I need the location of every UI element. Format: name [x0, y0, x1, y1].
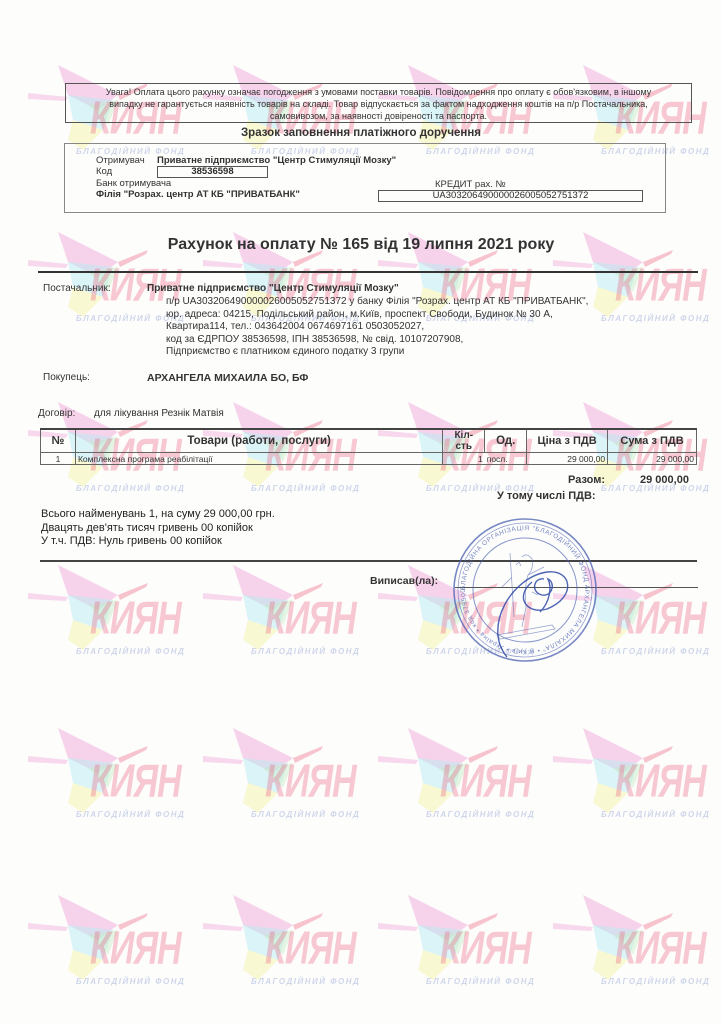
organization-stamp: БЛАГОДІЙНА ОРГАНІЗАЦІЯ "БЛАГОДІЙНИЙ ФОНД… [452, 517, 598, 663]
recipient-value-text: Приватне підприємство "Центр Стимуляції … [157, 155, 396, 166]
total-label: Разом: [568, 474, 605, 486]
col-header-number: № [41, 429, 76, 453]
bank-value: Філія "Розрах. центр АТ КБ "ПРИВАТБАНК" [96, 189, 300, 200]
cell-goods: Комплексна програма реабілітації [75, 453, 442, 465]
cell-sum: 29 000,00 [608, 453, 697, 465]
table-header-row: № Товари (работи, послуги) Кіл-сть Од. Ц… [41, 429, 697, 453]
buyer-name: АРХАНГЕЛА МИХАИЛА БО, БФ [147, 372, 308, 384]
supplier-label: Постачальник: [43, 283, 111, 294]
credit-label: КРЕДИТ рах. № [435, 179, 506, 190]
vat-label: У тому числі ПДВ: [497, 490, 596, 502]
invoice-title: Рахунок на оплату № 165 від 19 липня 202… [0, 236, 722, 254]
code-field: 38536598 [157, 166, 268, 178]
title-divider [38, 271, 698, 273]
recipient-value: Приватне підприємство "Центр Стимуляції … [157, 155, 396, 166]
supplier-account: п/р UA303206490000026005052751372 у банк… [166, 296, 588, 309]
summary-vat: У т.ч. ПДВ: Нуль гривень 00 копійок [41, 535, 275, 549]
buyer-label: Покупець: [43, 372, 90, 383]
col-header-qty: Кіл-сть [443, 429, 485, 453]
supplier-address: юр. адреса: 04215, Подільський район, м.… [166, 309, 588, 322]
summary-divider [40, 560, 697, 562]
recipient-label: Отримувач [96, 155, 145, 166]
supplier-phone: Квартира114, тел.: 043642004 0674697161 … [166, 321, 588, 334]
col-header-sum: Сума з ПДВ [608, 429, 697, 453]
supplier-details: п/р UA303206490000026005052751372 у банк… [166, 296, 588, 359]
code-label: Код [96, 166, 112, 177]
notice-line-2: випадку не гарантується наявність товарі… [70, 98, 687, 110]
summary-count: Всього найменувань 1, на суму 29 000,00 … [41, 508, 275, 522]
contract-value: для лікування Резнік Матвія [94, 408, 224, 419]
cell-number: 1 [41, 453, 76, 465]
payment-sample-title: Зразок заповнення платіжного доручення [0, 127, 722, 139]
notice-line-3: самовивозом, за наявності довіреності та… [70, 110, 687, 122]
stamp-seal-icon: БЛАГОДІЙНА ОРГАНІЗАЦІЯ "БЛАГОДІЙНИЙ ФОНД… [452, 517, 598, 663]
contract-label: Договір: [38, 408, 75, 419]
supplier-tax-status: Підприємство є платником єдиного податку… [166, 346, 588, 359]
amount-summary: Всього найменувань 1, на суму 29 000,00 … [41, 508, 275, 549]
cell-unit: посл. [485, 453, 527, 465]
payment-notice: Увага! Оплата цього рахунку означає пого… [65, 83, 692, 123]
payment-sample-box: Отримувач Приватне підприємство "Центр С… [64, 143, 666, 213]
total-value: 29 000,00 [640, 474, 689, 486]
supplier-codes: код за ЄДРПОУ 38536598, ІПН 38536598, № … [166, 334, 588, 347]
bank-label: Банк отримувача [96, 178, 171, 189]
table-row: 1 Комплексна програма реабілітації 1 пос… [41, 453, 697, 465]
summary-words: Двацять дев'ять тисяч гривень 00 копійок [41, 522, 275, 536]
issued-by-label: Виписав(ла): [370, 575, 438, 587]
col-header-goods: Товари (работи, послуги) [75, 429, 442, 453]
col-header-price: Ціна з ПДВ [527, 429, 608, 453]
supplier-name: Приватне підприємство "Центр Стимуляції … [147, 283, 399, 294]
cell-qty: 1 [443, 453, 485, 465]
items-table: № Товари (работи, послуги) Кіл-сть Од. Ц… [40, 428, 697, 465]
invoice-document: Увага! Оплата цього рахунку означає пого… [0, 0, 722, 1024]
credit-account-field: UA303206490000026005052751372 [378, 190, 643, 202]
col-header-unit: Од. [485, 429, 527, 453]
notice-line-1: Увага! Оплата цього рахунку означає пого… [70, 86, 687, 98]
cell-price: 29 000,00 [527, 453, 608, 465]
